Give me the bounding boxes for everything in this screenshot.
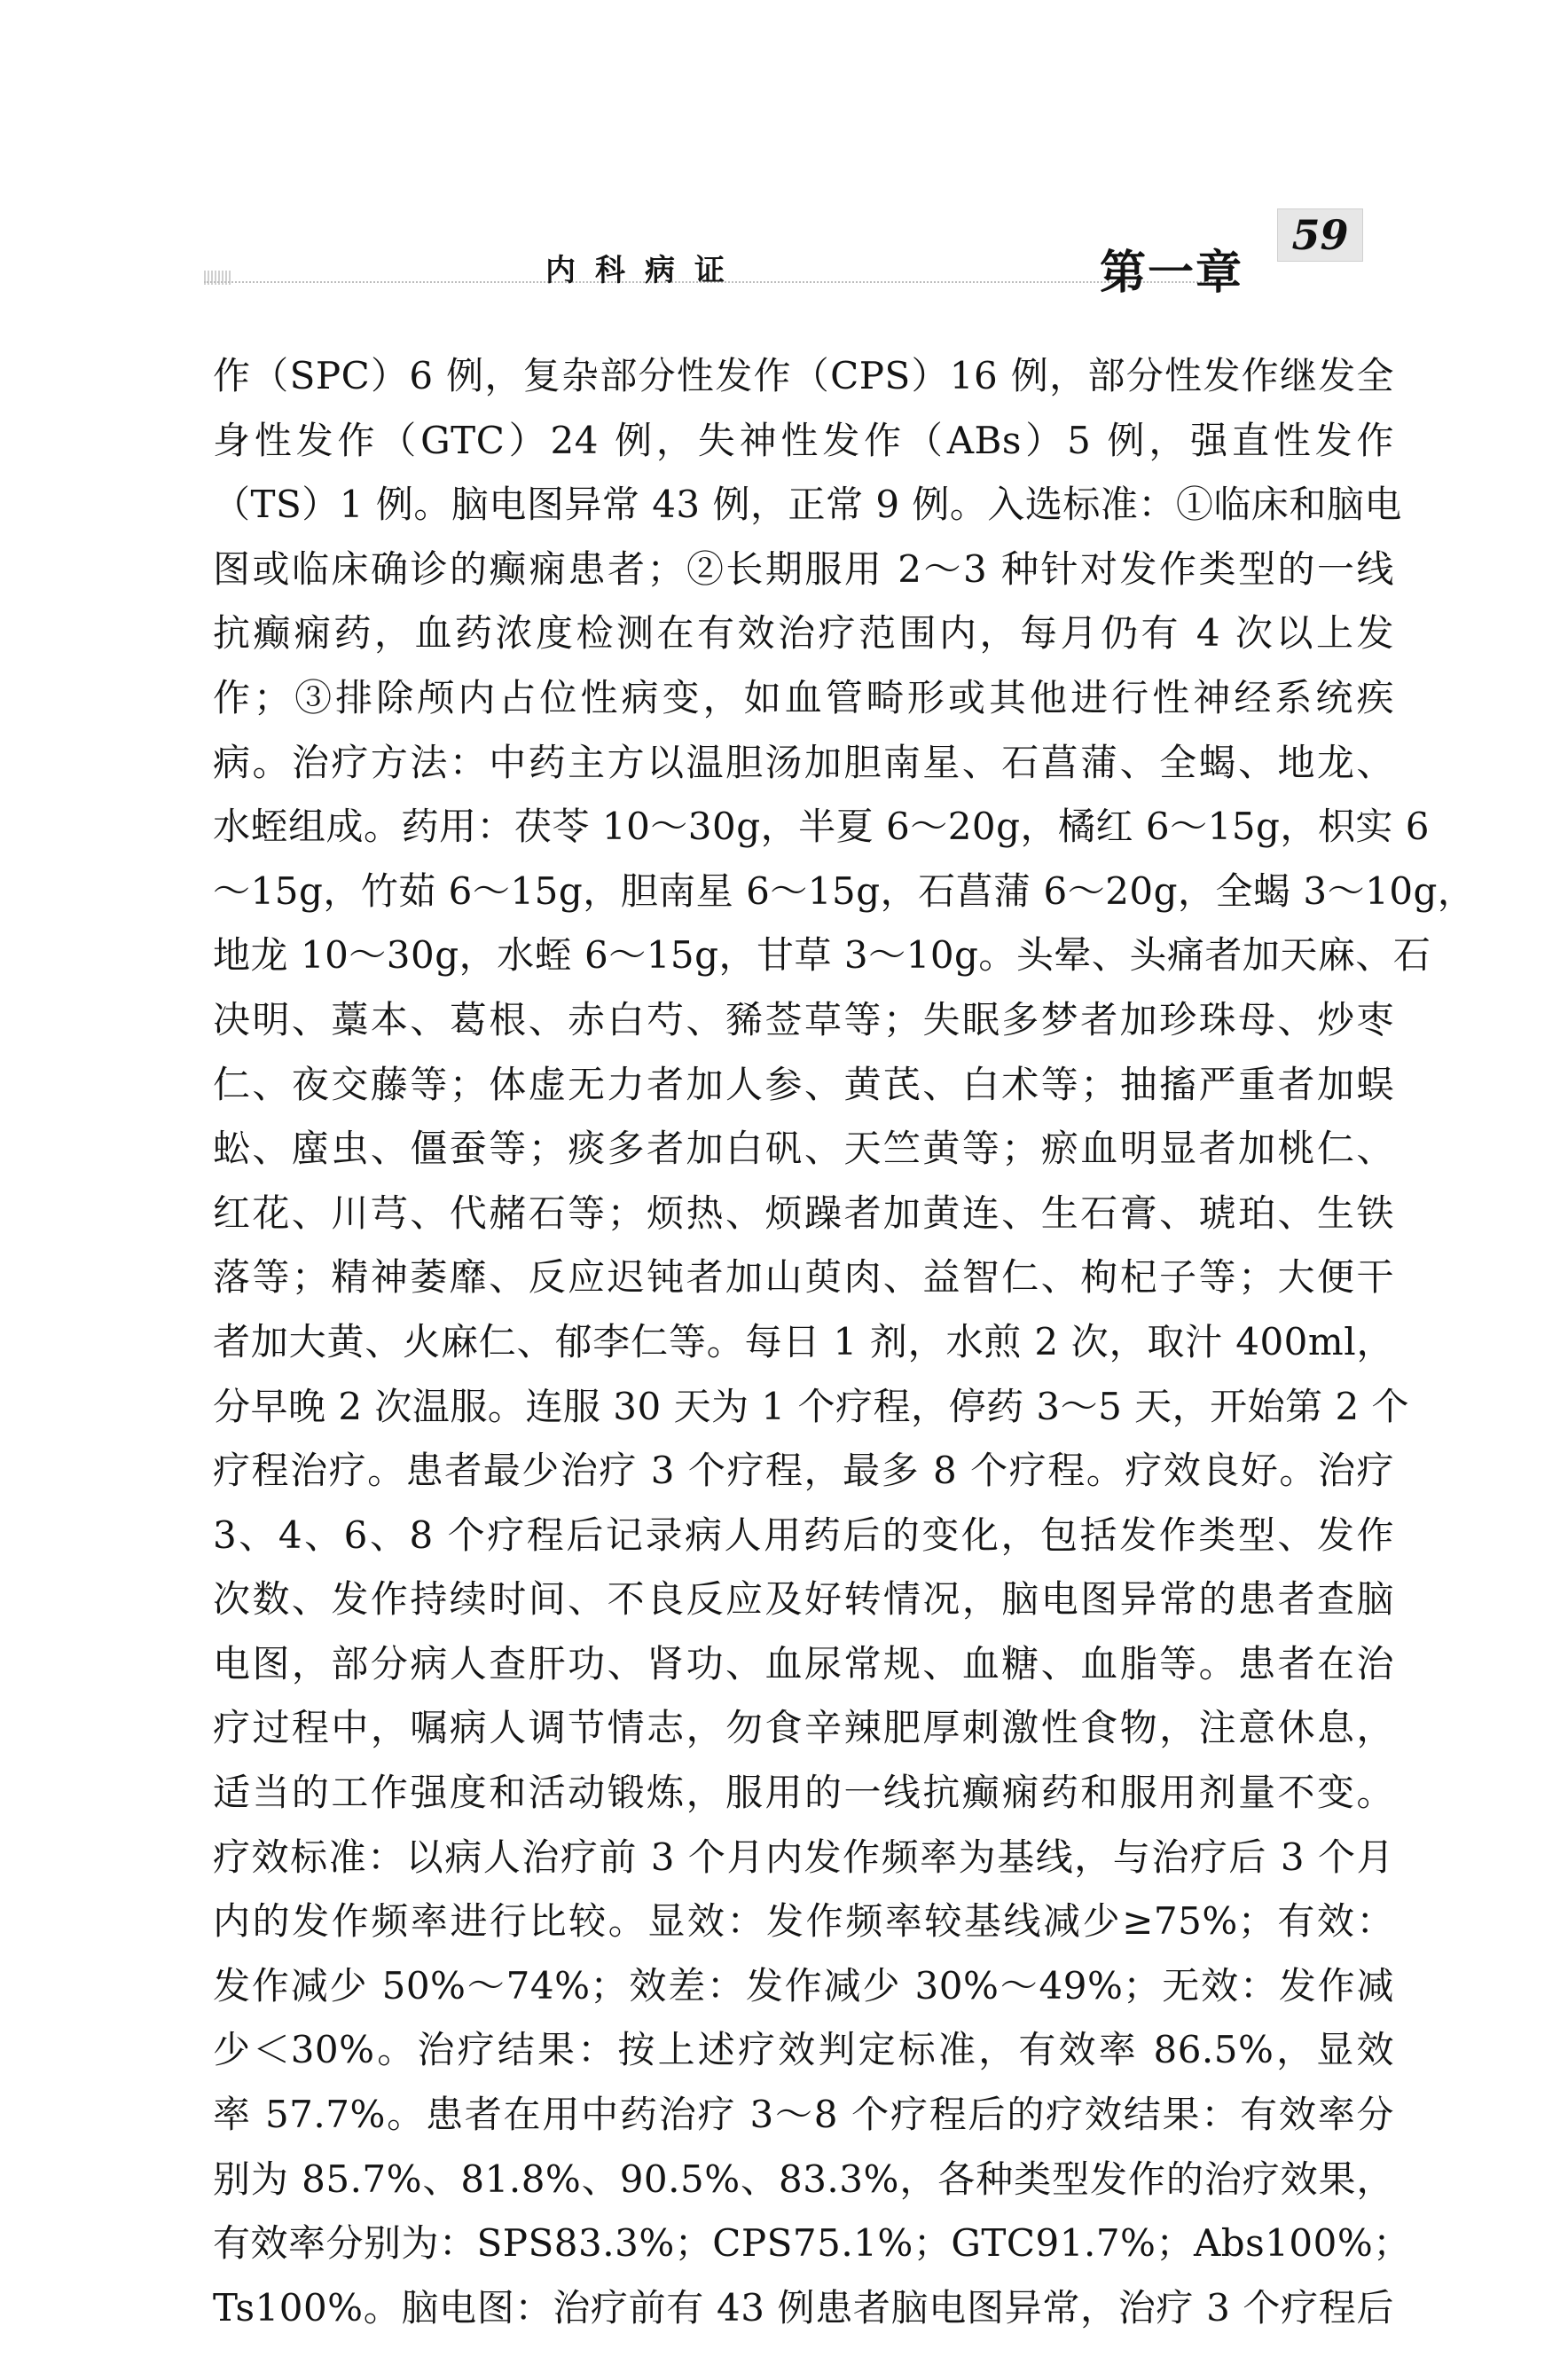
text-line: 落等；精神萎靡、反应迟钝者加山萸肉、益智仁、枸杞子等；大便干	[213, 1245, 1394, 1310]
text-line: 内的发作频率进行比较。显效：发作频率较基线减少≥75%；有效：	[213, 1890, 1394, 1954]
text-line: 作；③排除颅内占位性病变，如血管畸形或其他进行性神经系统疾	[213, 666, 1394, 731]
text-line: 红花、川芎、代赭石等；烦热、烦躁者加黄连、生石膏、琥珀、生铁	[213, 1182, 1394, 1246]
text-line: 身性发作（GTC）24 例，失神性发作（ABs）5 例，强直性发作	[213, 409, 1394, 474]
page-header: 内科病证 第一章 59	[191, 226, 1370, 297]
page-number: 59	[1291, 211, 1348, 259]
text-line: （TS）1 例。脑电图异常 43 例，正常 9 例。入选标准：①临床和脑电	[213, 473, 1394, 538]
text-line: 3、4、6、8 个疗程后记录病人用药后的变化，包括发作类型、发作	[213, 1504, 1394, 1568]
body-text: 作（SPC）6 例，复杂部分性发作（CPS）16 例，部分性发作继发全 身性发作…	[213, 344, 1394, 2340]
text-line: 蚣、䗪虫、僵蚕等；痰多者加白矾、天竺黄等；瘀血明显者加桃仁、	[213, 1117, 1394, 1182]
text-line: 适当的工作强度和活动锻炼，服用的一线抗癫痫药和服用剂量不变。	[213, 1761, 1394, 1826]
text-line: ～15g，竹茹 6～15g，胆南星 6～15g，石菖蒲 6～20g，全蝎 3～1…	[213, 860, 1394, 924]
text-line: 图或临床确诊的癫痫患者；②长期服用 2～3 种针对发作类型的一线	[213, 538, 1394, 602]
text-line: 发作减少 50%～74%；效差：发作减少 30%～49%；无效：发作减	[213, 1954, 1394, 2019]
text-line: 率 57.7%。患者在用中药治疗 3～8 个疗程后的疗效结果：有效率分	[213, 2083, 1394, 2148]
text-line: 有效率分别为：SPS83.3%；CPS75.1%；GTC91.7%；Abs100…	[213, 2212, 1394, 2276]
chapter-label: 第一章	[1100, 235, 1243, 302]
text-line: 者加大黄、火麻仁、郁李仁等。每日 1 剂，水煎 2 次，取汁 400ml，	[213, 1310, 1394, 1375]
text-line: 决明、藁本、葛根、赤白芍、豨莶草等；失眠多梦者加珍珠母、炒枣	[213, 988, 1394, 1053]
page-number-box: 59	[1277, 208, 1363, 262]
text-line: 水蛭组成。药用：茯苓 10～30g，半夏 6～20g，橘红 6～15g，枳实 6	[213, 795, 1394, 860]
text-line: 别为 85.7%、81.8%、90.5%、83.3%，各种类型发作的治疗效果，	[213, 2148, 1394, 2212]
text-line: 次数、发作持续时间、不良反应及好转情况，脑电图异常的患者查脑	[213, 1567, 1394, 1632]
text-line: 疗效标准：以病人治疗前 3 个月内发作频率为基线，与治疗后 3 个月	[213, 1826, 1394, 1890]
text-line: 疗程治疗。患者最少治疗 3 个疗程，最多 8 个疗程。疗效良好。治疗	[213, 1439, 1394, 1504]
text-line: 病。治疗方法：中药主方以温胆汤加胆南星、石菖蒲、全蝎、地龙、	[213, 731, 1394, 796]
text-line: 分早晚 2 次温服。连服 30 天为 1 个疗程，停药 3～5 天，开始第 2 …	[213, 1375, 1394, 1440]
text-line: 地龙 10～30g，水蛭 6～15g，甘草 3～10g。头晕、头痛者加天麻、石	[213, 923, 1394, 988]
text-line: 抗癫痫药，血药浓度检测在有效治疗范围内，每月仍有 4 次以上发	[213, 601, 1394, 666]
text-line: 电图，部分病人查肝功、肾功、血尿常规、血糖、血脂等。患者在治	[213, 1632, 1394, 1697]
text-line: 少＜30%。治疗结果：按上述疗效判定标准，有效率 86.5%，显效	[213, 2018, 1394, 2083]
text-line: 作（SPC）6 例，复杂部分性发作（CPS）16 例，部分性发作继发全	[213, 344, 1394, 409]
text-line: Ts100%。脑电图：治疗前有 43 例患者脑电图异常，治疗 3 个疗程后	[213, 2276, 1394, 2341]
text-line: 疗过程中，嘱病人调节情志，勿食辛辣肥厚刺激性食物，注意休息，	[213, 1696, 1394, 1761]
running-title: 内科病证	[545, 246, 744, 289]
text-line: 仁、夜交藤等；体虚无力者加人参、黄芪、白术等；抽搐严重者加蜈	[213, 1053, 1394, 1118]
